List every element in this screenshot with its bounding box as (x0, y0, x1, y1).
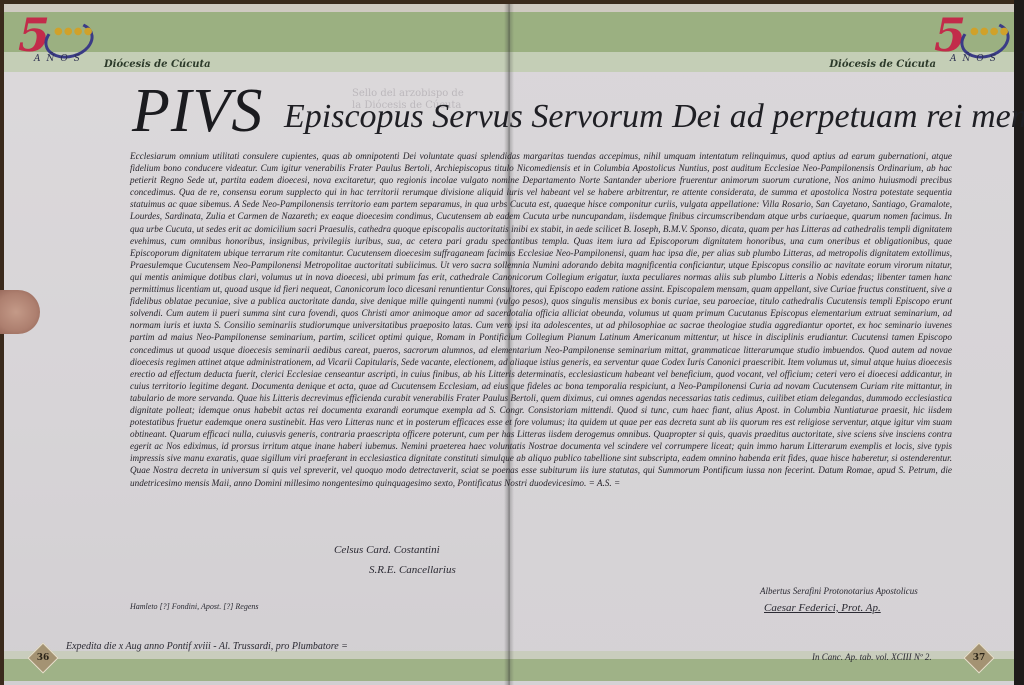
page-top-edge (4, 4, 508, 12)
title-pius: PIVS (132, 76, 263, 147)
body-paragraph: Ecclesiarum omnium utilitati consulere c… (130, 150, 952, 489)
footer-band (4, 659, 508, 681)
bull-title: PIVS Episcopus Servus Servorum Dei ad pe… (132, 76, 952, 146)
title-subtitle: Episcopus Servus Servorum Dei ad perpetu… (284, 98, 1024, 136)
expedition-note: Expedita die x Aug anno Pontif xviii - A… (66, 641, 348, 652)
signature-federici: Caesar Federici, Prot. Ap. (764, 602, 881, 614)
signature-cardinal: Celsus Card. Costantini (334, 544, 440, 556)
book-spread: 5 ● ● ● ● AÑOS Diócesis de Cúcuta 36 5 ●… (4, 4, 1016, 685)
footer-subband (4, 651, 508, 659)
footer-subband (508, 651, 1016, 659)
anniversary-logo-icon: 5 ● ● ● ● AÑOS (926, 14, 1016, 76)
chancery-register-note: In Canc. Ap. tab. vol. XCIII Nº 2. (812, 652, 932, 662)
signature-cancellarius: S.R.E. Cancellarius (369, 564, 456, 576)
bull-body-text: Ecclesiarum omnium utilitati consulere c… (130, 150, 952, 489)
footer-band (508, 659, 1016, 681)
signature-protonotary: Albertus Serafini Protonotarius Apostoli… (760, 586, 918, 596)
header-diocese-title: Diócesis de Cúcuta (104, 59, 211, 70)
signature-regens: Hamleto [?] Fondini, Apost. [?] Regens (130, 602, 259, 611)
header-diocese-title: Diócesis de Cúcuta (829, 59, 936, 70)
anniversary-logo-icon: 5 ● ● ● ● AÑOS (10, 14, 100, 76)
